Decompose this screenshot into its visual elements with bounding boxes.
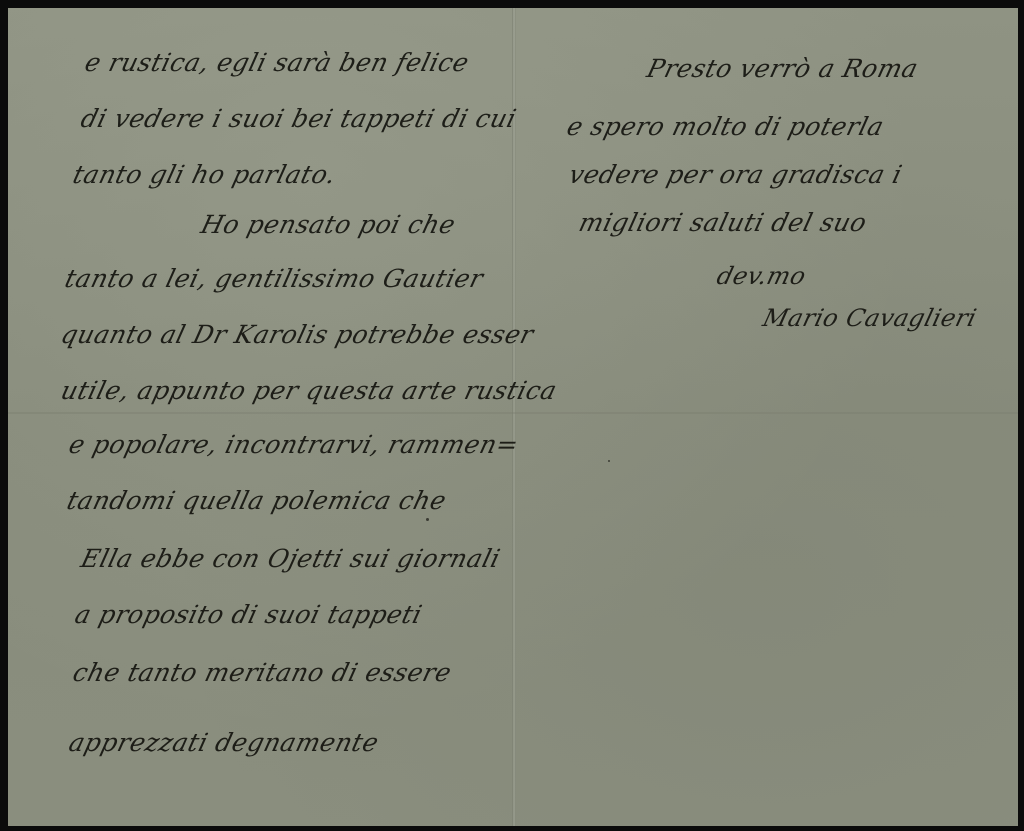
right-page: Presto verrò a Roma e spero molto di pot… — [516, 8, 1018, 826]
handwritten-line: tanto gli ho parlato. — [70, 160, 339, 189]
handwritten-line: vedere per ora gradisca i — [566, 160, 905, 189]
handwritten-line: quanto al Dr Karolis potrebbe esser — [58, 320, 537, 349]
handwritten-line: e popolare, incontrarvi, rammen= — [66, 430, 522, 459]
handwritten-line: Ella ebbe con Ojetti sui giornali — [78, 544, 503, 573]
handwritten-line: di vedere i suoi bei tappeti di cui — [78, 104, 519, 133]
signature: Mario Cavaglieri — [760, 304, 980, 332]
handwritten-line: utile, appunto per questa arte rustica — [58, 376, 560, 405]
handwritten-line: tandomi quella polemica che — [64, 486, 450, 515]
handwritten-line: e spero molto di poterla — [564, 112, 887, 141]
handwritten-line: Ho pensato poi che — [198, 210, 459, 239]
ink-speck — [608, 460, 610, 462]
handwritten-line: e rustica, egli sarà ben felice — [82, 48, 472, 77]
handwritten-line: apprezzati degnamente — [66, 728, 382, 757]
handwritten-line: migliori saluti del suo — [576, 208, 870, 237]
closing-salutation: dev.mo — [714, 262, 809, 290]
handwritten-line: tanto a lei, gentilissimo Gautier — [62, 264, 486, 293]
handwritten-line: che tanto meritano di essere — [70, 658, 455, 687]
handwritten-line: a proposito di suoi tappeti — [72, 600, 425, 629]
letter-sheet: e rustica, egli sarà ben felice di veder… — [8, 8, 1018, 826]
left-page: e rustica, egli sarà ben felice di veder… — [8, 8, 512, 826]
handwritten-line: Presto verrò a Roma — [644, 54, 921, 83]
ink-speck — [426, 518, 429, 521]
